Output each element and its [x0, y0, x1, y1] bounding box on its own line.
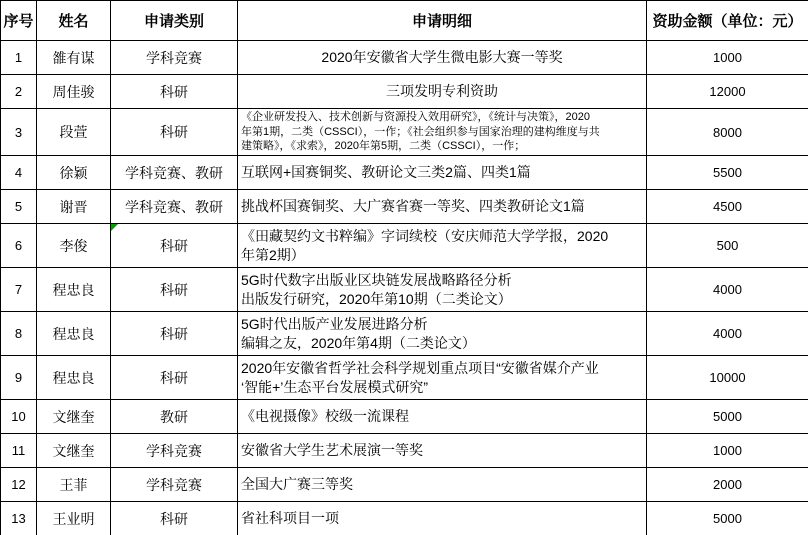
cell-category: 学科竞赛、教研: [111, 156, 238, 190]
cell-name: 文继奎: [37, 434, 111, 468]
cell-detail: 2020年安徽省哲学社会科学规划重点项目“安徽省媒介产业 ‘智能+’生态平台发展…: [238, 356, 647, 400]
cell-name: 谢晋: [37, 190, 111, 224]
cell-name: 李俊: [37, 224, 111, 268]
cell-category: 科研: [111, 224, 238, 268]
cell-no: 2: [1, 75, 37, 109]
cell-no: 12: [1, 468, 37, 502]
cell-name: 段萱: [37, 109, 111, 156]
cell-amount: 1000: [647, 434, 808, 468]
header-cell-name: 姓名: [37, 1, 111, 41]
cell-detail: 《电视摄像》校级一流课程: [238, 400, 647, 434]
cell-detail: 挑战杯国赛铜奖、大广赛省赛一等奖、四类教研论文1篇: [238, 190, 647, 224]
cell-category: 科研: [111, 502, 238, 535]
header-cell-no: 序号: [1, 1, 37, 41]
table-row: 10文继奎教研《电视摄像》校级一流课程5000: [1, 400, 808, 434]
cell-category: 学科竞赛: [111, 468, 238, 502]
cell-detail: 5G时代出版产业发展进路分析 编辑之友，2020年第4期（二类论文）: [238, 312, 647, 356]
cell-category: 学科竞赛: [111, 41, 238, 75]
cell-no: 5: [1, 190, 37, 224]
cell-no: 1: [1, 41, 37, 75]
cell-category: 教研: [111, 400, 238, 434]
header-cell-detail: 申请明细: [238, 1, 647, 41]
header-row: 序号 姓名 申请类别 申请明细 资助金额（单位：元）: [1, 1, 808, 41]
cell-name: 雒有谋: [37, 41, 111, 75]
cell-amount: 5500: [647, 156, 808, 190]
funding-table-page: 序号 姓名 申请类别 申请明细 资助金额（单位：元） 1雒有谋学科竞赛2020年…: [0, 0, 808, 535]
cell-no: 6: [1, 224, 37, 268]
cell-detail: 互联网+国赛铜奖、教研论文三类2篇、四类1篇: [238, 156, 647, 190]
cell-amount: 5000: [647, 502, 808, 535]
table-row: 6李俊科研《田藏契约文书粹编》字词续校（安庆师范大学学报，2020 年第2期）5…: [1, 224, 808, 268]
cell-name: 程忠良: [37, 356, 111, 400]
cell-name: 程忠良: [37, 268, 111, 312]
cell-detail: 2020年安徽省大学生微电影大赛一等奖: [238, 41, 647, 75]
table-row: 7程忠良科研5G时代数字出版业区块链发展战略路径分析 出版发行研究，2020年第…: [1, 268, 808, 312]
cell-category: 学科竞赛、教研: [111, 190, 238, 224]
cell-detail: 全国大广赛三等奖: [238, 468, 647, 502]
table-row: 1雒有谋学科竞赛2020年安徽省大学生微电影大赛一等奖1000: [1, 41, 808, 75]
cell-detail: 安徽省大学生艺术展演一等奖: [238, 434, 647, 468]
cell-no: 4: [1, 156, 37, 190]
table-row: 4徐颖学科竞赛、教研互联网+国赛铜奖、教研论文三类2篇、四类1篇5500: [1, 156, 808, 190]
cell-no: 7: [1, 268, 37, 312]
table-body: 1雒有谋学科竞赛2020年安徽省大学生微电影大赛一等奖10002周佳骏科研三项发…: [1, 41, 808, 535]
cell-name: 王菲: [37, 468, 111, 502]
table-row: 2周佳骏科研三项发明专利资助12000: [1, 75, 808, 109]
table-row: 9程忠良科研2020年安徽省哲学社会科学规划重点项目“安徽省媒介产业 ‘智能+’…: [1, 356, 808, 400]
cell-amount: 4000: [647, 312, 808, 356]
cell-detail: 5G时代数字出版业区块链发展战略路径分析 出版发行研究，2020年第10期（二类…: [238, 268, 647, 312]
cell-amount: 4500: [647, 190, 808, 224]
cell-no: 11: [1, 434, 37, 468]
header-cell-category: 申请类别: [111, 1, 238, 41]
cell-amount: 5000: [647, 400, 808, 434]
cell-amount: 2000: [647, 468, 808, 502]
cell-amount: 10000: [647, 356, 808, 400]
funding-table: 序号 姓名 申请类别 申请明细 资助金额（单位：元） 1雒有谋学科竞赛2020年…: [0, 0, 808, 535]
cell-name: 王业明: [37, 502, 111, 535]
table-row: 13王业明科研省社科项目一项5000: [1, 502, 808, 535]
cell-no: 3: [1, 109, 37, 156]
table-row: 5谢晋学科竞赛、教研挑战杯国赛铜奖、大广赛省赛一等奖、四类教研论文1篇4500: [1, 190, 808, 224]
table-row: 12王菲学科竞赛全国大广赛三等奖2000: [1, 468, 808, 502]
table-row: 11文继奎学科竞赛安徽省大学生艺术展演一等奖1000: [1, 434, 808, 468]
cell-detail: 三项发明专利资助: [238, 75, 647, 109]
cell-detail: 《田藏契约文书粹编》字词续校（安庆师范大学学报，2020 年第2期）: [238, 224, 647, 268]
cell-amount: 1000: [647, 41, 808, 75]
cell-amount: 500: [647, 224, 808, 268]
cell-name: 周佳骏: [37, 75, 111, 109]
cell-category: 学科竞赛: [111, 434, 238, 468]
cell-category: 科研: [111, 75, 238, 109]
table-row: 8程忠良科研5G时代出版产业发展进路分析 编辑之友，2020年第4期（二类论文）…: [1, 312, 808, 356]
cell-amount: 12000: [647, 75, 808, 109]
cell-corner-marker-icon: [111, 224, 118, 231]
cell-category: 科研: [111, 268, 238, 312]
cell-no: 13: [1, 502, 37, 535]
cell-no: 8: [1, 312, 37, 356]
cell-category: 科研: [111, 356, 238, 400]
cell-detail: 省社科项目一项: [238, 502, 647, 535]
cell-amount: 8000: [647, 109, 808, 156]
cell-category: 科研: [111, 109, 238, 156]
cell-amount: 4000: [647, 268, 808, 312]
cell-name: 文继奎: [37, 400, 111, 434]
cell-no: 10: [1, 400, 37, 434]
cell-name: 徐颖: [37, 156, 111, 190]
header-cell-amount: 资助金额（单位：元）: [647, 1, 808, 41]
cell-name: 程忠良: [37, 312, 111, 356]
cell-detail: 《企业研发投入、技术创新与资源投入效用研究》，《统计与决策》，2020 年第1期…: [238, 109, 647, 156]
table-row: 3段萱科研《企业研发投入、技术创新与资源投入效用研究》，《统计与决策》，2020…: [1, 109, 808, 156]
cell-category: 科研: [111, 312, 238, 356]
cell-no: 9: [1, 356, 37, 400]
